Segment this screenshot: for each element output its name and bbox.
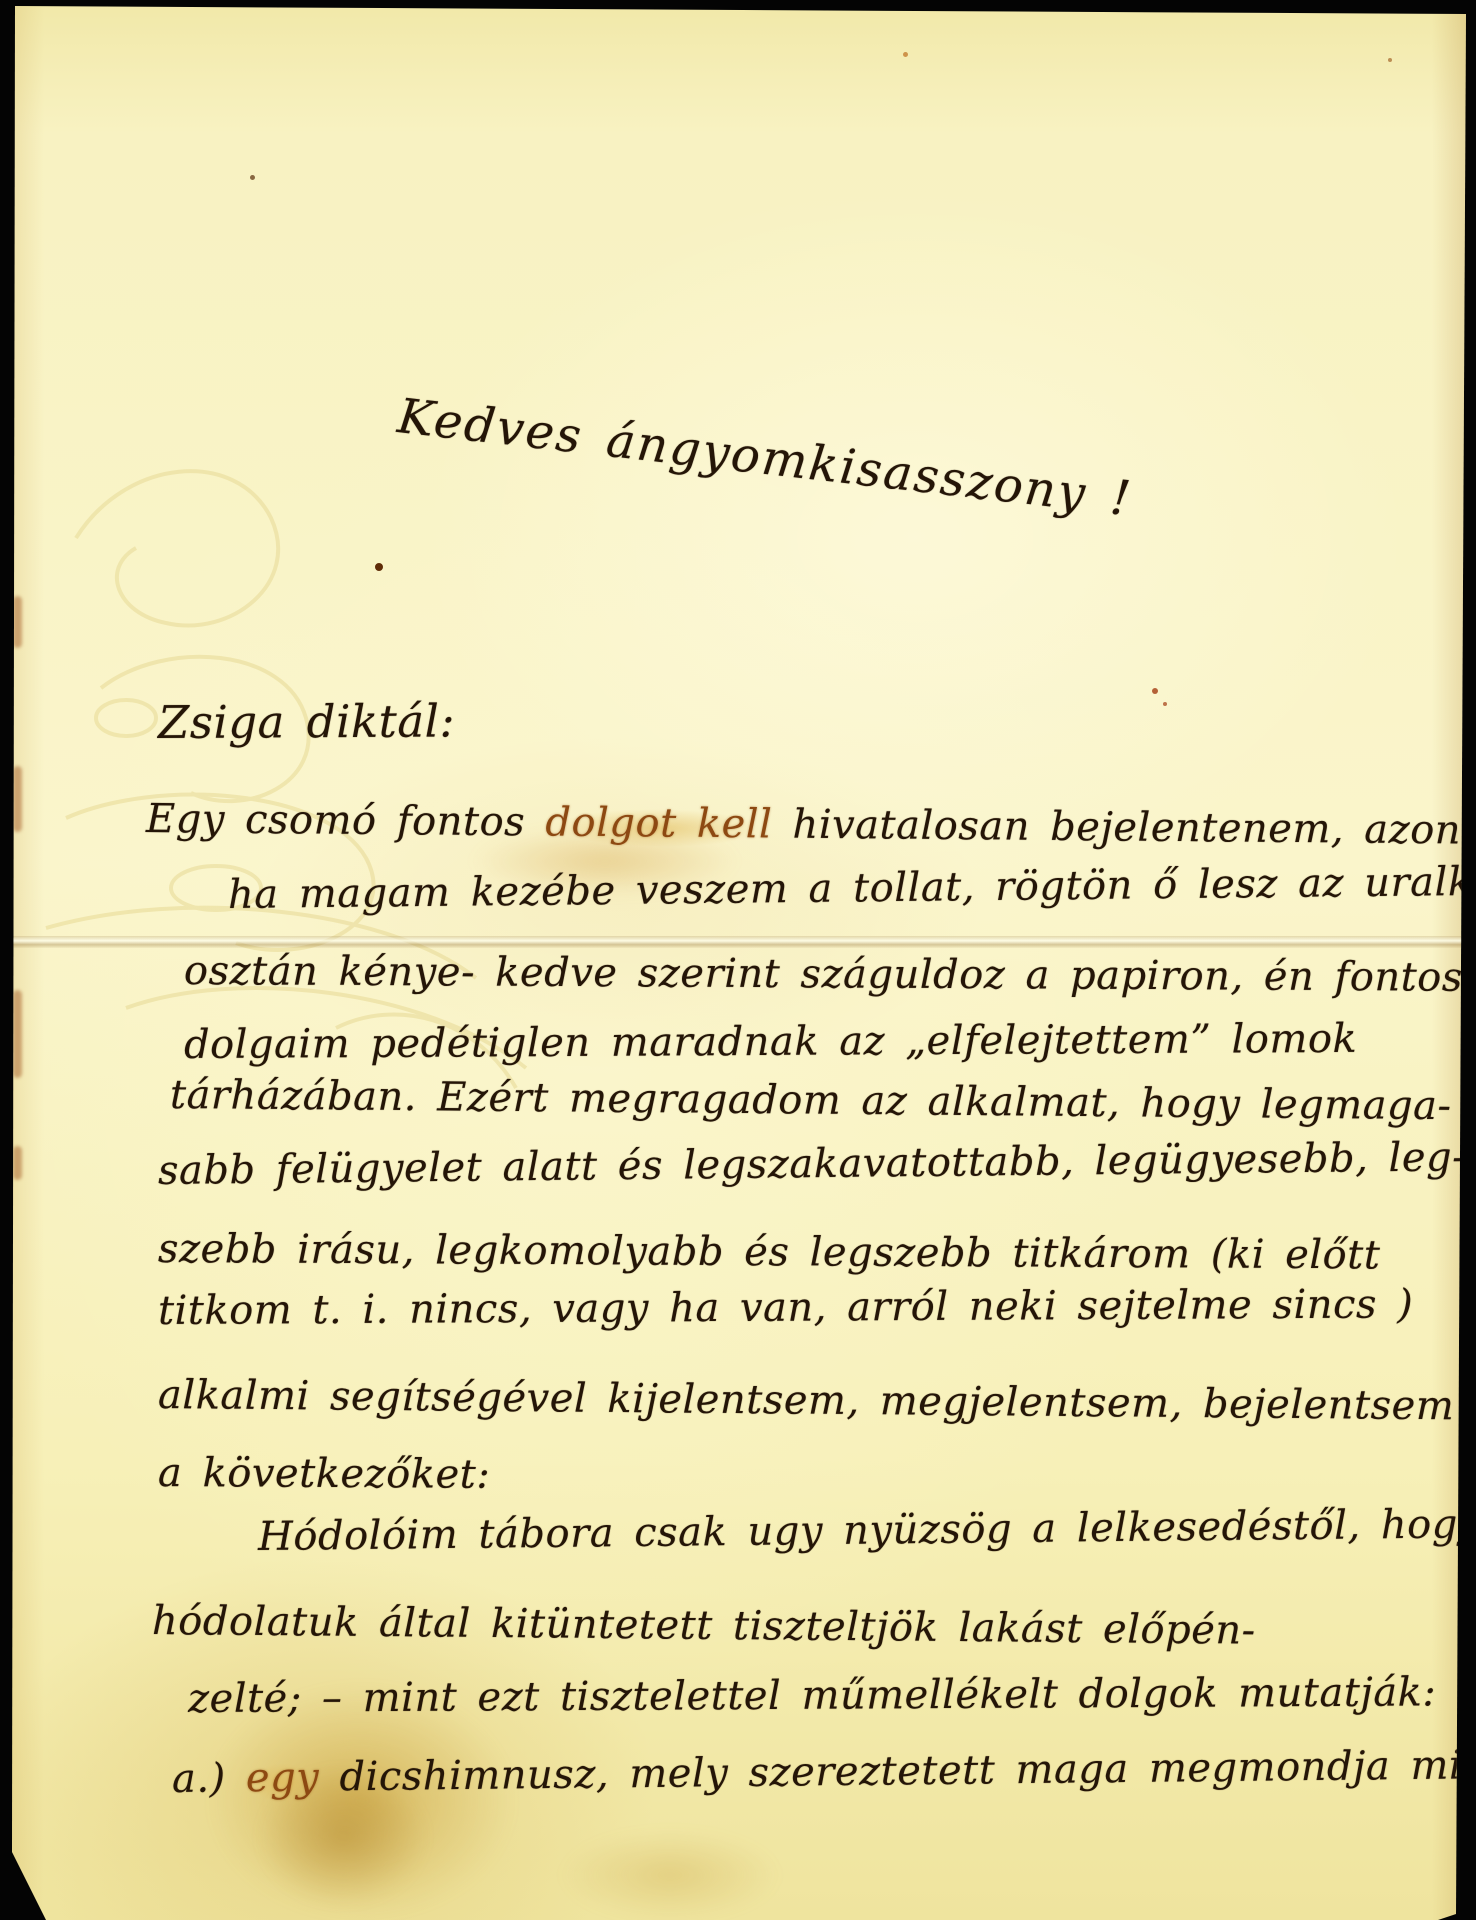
- dictation-line: Zsiga diktál:: [158, 694, 455, 749]
- letter-paper: Kedves ángyomkisasszony ! Zsiga diktál: …: [0, 0, 1476, 1920]
- body-line-4: dolgaim pedétiglen maradnak az „elfelejt…: [184, 1016, 1357, 1068]
- accent-ink-words: dolgot kell: [545, 799, 772, 847]
- foxing-dot: [250, 175, 255, 180]
- edge-rust-streak: [13, 1146, 22, 1180]
- edge-rust-streak: [13, 766, 22, 832]
- foxing-dot: [1152, 688, 1158, 694]
- edge-rust-streak: [13, 596, 22, 648]
- body-line-11: Hódolóim tábora csak ugy nyüzsög a lelke…: [258, 1501, 1476, 1560]
- body-line-8: titkom t. i. nincs, vagy ha van, arról n…: [158, 1281, 1414, 1334]
- dictation-text: Zsiga diktál:: [158, 694, 455, 749]
- scan-background: Kedves ángyomkisasszony ! Zsiga diktál: …: [0, 0, 1476, 1920]
- line1-pre: Egy csomó fontos: [146, 796, 546, 845]
- accent-ink-word: egy: [246, 1754, 320, 1801]
- insertion-mark: z: [1460, 1414, 1471, 1438]
- fold-crease: [12, 936, 1464, 948]
- body-line-13: zelté; – mint ezt tisztelettel műmelléke…: [188, 1669, 1437, 1722]
- foxing-dot: [903, 52, 908, 57]
- body-line-12: hódolatuk által kitüntetett tiszteltjök …: [152, 1598, 1256, 1654]
- foxing-dot: [1388, 58, 1392, 62]
- line14-pre: a.): [172, 1755, 246, 1802]
- body-line-9: alkalmi segítségével kijelentsem, megjel…: [158, 1372, 1472, 1438]
- foxing-dot: [375, 563, 383, 571]
- edge-rust-streak: [13, 990, 22, 1078]
- body-line-10: a következőket:: [158, 1450, 491, 1498]
- bottom-stain: [560, 1830, 780, 1920]
- line1-post: hivatalosan bejelentenem, azonban: [772, 801, 1476, 854]
- foxing-dot: [1163, 702, 1167, 706]
- body-line-7: szebb irásu, legkomolyabb és legszebb ti…: [158, 1226, 1381, 1278]
- body-line-3: osztán kénye- kedve szerint száguldoz a …: [184, 948, 1463, 1001]
